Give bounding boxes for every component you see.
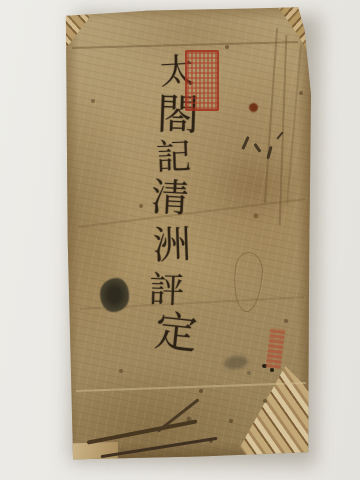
title-char-6: 評 [148, 273, 184, 309]
red-collector-seal [185, 50, 219, 111]
title-char-7: 定 [153, 310, 199, 356]
photo-scene: 太 閤 記 清 洲 評 定 [0, 0, 360, 480]
title-char-4: 清 [150, 178, 190, 218]
ink-blot-stain [100, 278, 129, 312]
book-cover: 太 閤 記 清 洲 評 定 [0, 0, 360, 480]
book-edge-left [66, 14, 79, 462]
ink-dot [270, 368, 274, 372]
title-char-3: 記 [155, 140, 191, 176]
title-char-5: 洲 [152, 225, 191, 264]
brown-spot [249, 103, 258, 112]
foxing-specks [0, 0, 2, 2]
